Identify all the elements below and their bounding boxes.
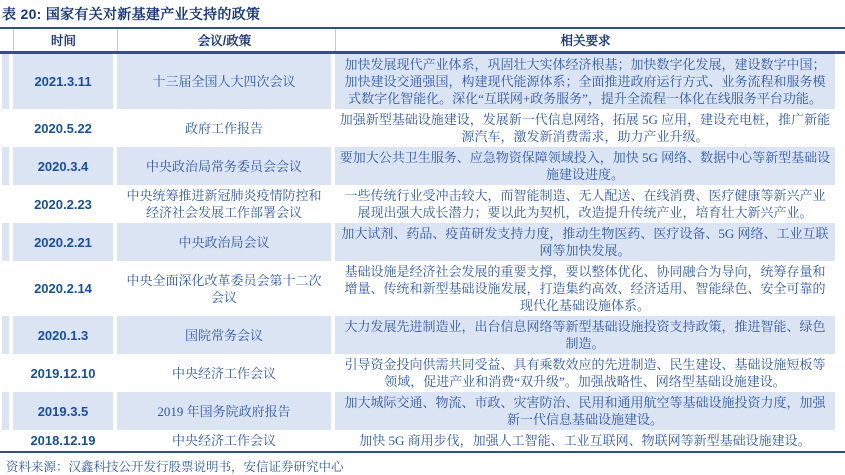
requirement-text: 加快发展现代产业体系，巩固壮大实体经济根基；加快数字化发展，建设数字中国；加快建…: [339, 56, 831, 107]
requirement-text: 加大城际交通、物流、市政、灾害防治、民用和通用航空等基础设施投资力度，加强新一代…: [339, 394, 831, 428]
table-row: 2020.2.14 中央全面深化改革委员会第十二次会议 基础设施是经济社会发展的…: [2, 261, 845, 316]
policy-cell: 2019 年国务院政府报告: [117, 392, 331, 430]
date-cell: 2018.12.19: [13, 430, 113, 451]
table-row: 2020.2.21 中央政治局会议 加大试剂、药品、疫苗研发支持力度，推动生物医…: [2, 223, 845, 261]
requirement-cell: 大力发展先进制造业，出台信息网络等新型基础设施投资支持政策，推进智能、绿色制造。: [335, 316, 835, 354]
date-cell: 2020.5.22: [13, 109, 113, 147]
requirement-text: 加强新型基础设施建设，发展新一代信息网络，拓展 5G 应用，建设充电桩，推广新能…: [339, 111, 831, 145]
requirement-text: 一些传统行业受冲击较大，而智能制造、无人配送、在线消费、医疗健康等新兴产业展现出…: [339, 187, 831, 221]
row-margin-cell: [2, 430, 9, 451]
requirement-cell: 加大城际交通、物流、市政、灾害防治、民用和通用航空等基础设施投资力度，加强新一代…: [335, 392, 835, 430]
row-margin-cell: [2, 223, 9, 261]
policy-cell: 中央全面深化改革委员会第十二次会议: [117, 261, 331, 316]
date-cell: 2020.2.14: [13, 261, 113, 316]
requirement-cell: 加快发展现代产业体系，巩固壮大实体经济根基；加快数字化发展，建设数字中国；加快建…: [335, 54, 835, 109]
column-header-policy: 会议/政策: [117, 29, 331, 51]
row-margin-cell: [2, 316, 9, 354]
row-margin-cell: [2, 261, 9, 316]
requirement-text: 加大试剂、药品、疫苗研发支持力度，推动生物医药、医疗设备、5G 网络、工业互联网…: [339, 225, 831, 259]
date-cell: 2019.12.10: [13, 354, 113, 392]
table-row: 2020.3.4 中央政治局常务委员会会议 要加大公共卫生服务、应急物资保障领域…: [2, 147, 845, 185]
table-row: 2020.1.3 国院常务会议 大力发展先进制造业，出台信息网络等新型基础设施投…: [2, 316, 845, 354]
policy-cell: 中央统筹推进新冠肺炎疫情防控和经济社会发展工作部署会议: [117, 185, 331, 223]
row-margin-cell: [2, 392, 9, 430]
row-margin-cell: [2, 185, 9, 223]
table-row: 2020.5.22 政府工作报告 加强新型基础设施建设，发展新一代信息网络，拓展…: [2, 109, 845, 147]
report-table-page: 表 20: 国家有关对新基建产业支持的政策 时间 会议/政策 相关要求 2021…: [0, 0, 845, 475]
requirement-text: 加快 5G 商用步伐，加强人工智能、工业互联网、物联网等新型基础设施建设。: [339, 432, 831, 449]
policy-cell: 国院常务会议: [117, 316, 331, 354]
table-row: 2020.2.23 中央统筹推进新冠肺炎疫情防控和经济社会发展工作部署会议 一些…: [2, 185, 845, 223]
column-header-requirements: 相关要求: [335, 29, 835, 51]
row-margin-cell: [2, 354, 9, 392]
policy-cell: 政府工作报告: [117, 109, 331, 147]
table-row: 2021.3.11 十三届全国人大四次会议 加快发展现代产业体系，巩固壮大实体经…: [2, 54, 845, 109]
requirement-cell: 加大试剂、药品、疫苗研发支持力度，推动生物医药、医疗设备、5G 网络、工业互联网…: [335, 223, 835, 261]
table-header-row: 时间 会议/政策 相关要求: [2, 29, 845, 51]
requirement-text: 大力发展先进制造业，出台信息网络等新型基础设施投资支持政策，推进智能、绿色制造。: [339, 318, 831, 352]
table-row: 2019.12.10 中央经济工作会议 引导资金投向供需共同受益、具有乘数效应的…: [2, 354, 845, 392]
date-cell: 2021.3.11: [13, 54, 113, 109]
date-cell: 2019.3.5: [13, 392, 113, 430]
requirement-cell: 一些传统行业受冲击较大，而智能制造、无人配送、在线消费、医疗健康等新兴产业展现出…: [335, 185, 835, 223]
policy-cell: 中央政治局会议: [117, 223, 331, 261]
table-row: 2019.3.5 2019 年国务院政府报告 加大城际交通、物流、市政、灾害防治…: [2, 392, 845, 430]
row-margin-cell: [2, 109, 9, 147]
date-cell: 2020.2.21: [13, 223, 113, 261]
requirement-text: 要加大公共卫生服务、应急物资保障领域投入，加快 5G 网络、数据中心等新型基础设…: [339, 149, 831, 183]
policy-cell: 十三届全国人大四次会议: [117, 54, 331, 109]
source-note: 资料来源：汉鑫科技公开发行股票说明书，安信证券研究中心: [0, 453, 845, 475]
policy-cell: 中央经济工作会议: [117, 430, 331, 451]
requirement-cell: 基础设施是经济社会发展的重要支撑，要以整体优化、协同融合为导向，统筹存量和增量、…: [335, 261, 835, 316]
requirement-text: 基础设施是经济社会发展的重要支撑，要以整体优化、协同融合为导向，统筹存量和增量、…: [339, 263, 831, 314]
date-cell: 2020.2.23: [13, 185, 113, 223]
header-margin-cell: [2, 29, 9, 51]
row-margin-cell: [2, 54, 9, 109]
column-header-time: 时间: [13, 29, 113, 51]
requirement-cell: 要加大公共卫生服务、应急物资保障领域投入，加快 5G 网络、数据中心等新型基础设…: [335, 147, 835, 185]
requirement-cell: 加快 5G 商用步伐，加强人工智能、工业互联网、物联网等新型基础设施建设。: [335, 430, 835, 451]
date-cell: 2020.1.3: [13, 316, 113, 354]
table-title: 表 20: 国家有关对新基建产业支持的政策: [0, 2, 845, 27]
table-body: 2021.3.11 十三届全国人大四次会议 加快发展现代产业体系，巩固壮大实体经…: [0, 54, 845, 451]
policy-cell: 中央政治局常务委员会会议: [117, 147, 331, 185]
requirement-text: 引导资金投向供需共同受益、具有乘数效应的先进制造、民生建设、基础设施短板等领域，…: [339, 356, 831, 390]
requirement-cell: 引导资金投向供需共同受益、具有乘数效应的先进制造、民生建设、基础设施短板等领域，…: [335, 354, 835, 392]
requirement-cell: 加强新型基础设施建设，发展新一代信息网络，拓展 5G 应用，建设充电桩，推广新能…: [335, 109, 835, 147]
policy-cell: 中央经济工作会议: [117, 354, 331, 392]
date-cell: 2020.3.4: [13, 147, 113, 185]
table-row: 2018.12.19 中央经济工作会议 加快 5G 商用步伐，加强人工智能、工业…: [2, 430, 845, 451]
row-margin-cell: [2, 147, 9, 185]
